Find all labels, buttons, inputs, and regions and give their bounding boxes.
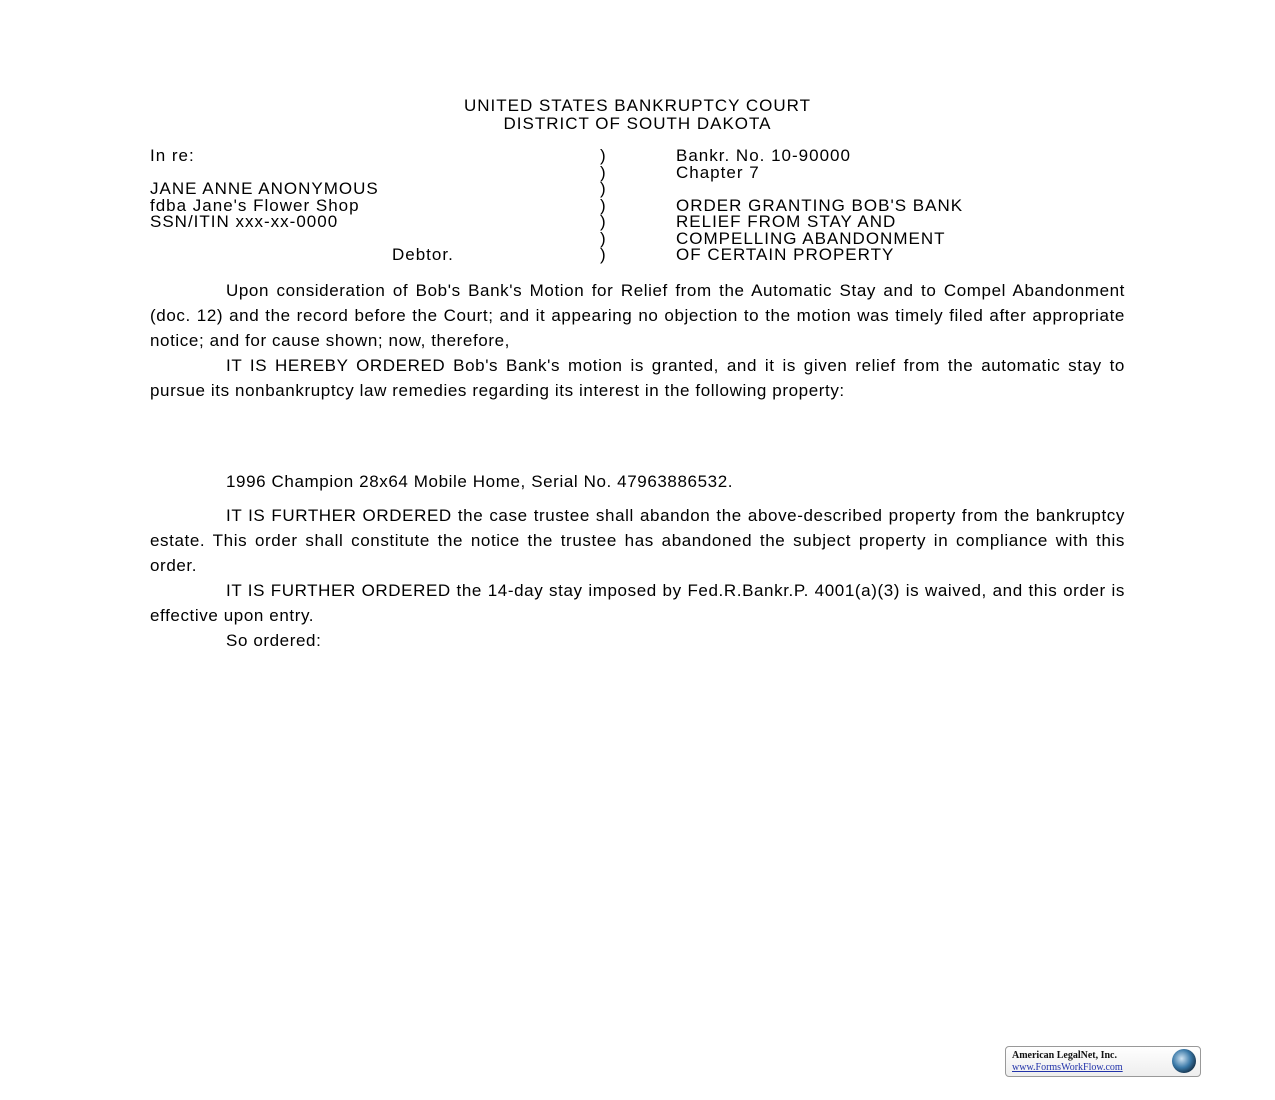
debtor-label: Debtor.: [392, 247, 454, 264]
closing: So ordered:: [150, 628, 1125, 653]
badge-url-link[interactable]: www.FormsWorkFlow.com: [1012, 1062, 1123, 1073]
badge-company: American LegalNet, Inc.: [1012, 1050, 1117, 1061]
property-description: 1996 Champion 28x64 Mobile Home, Serial …: [150, 469, 1125, 494]
order-paragraph-abandon: IT IS FURTHER ORDERED the case trustee s…: [150, 503, 1125, 578]
caption-divider: ): [600, 247, 606, 264]
court-name: UNITED STATES BANKRUPTCY COURT: [0, 97, 1275, 114]
order-body: Upon consideration of Bob's Bank's Motio…: [150, 278, 1125, 403]
waiver-text: IT IS FURTHER ORDERED the 14-day stay im…: [150, 581, 1125, 625]
recital-paragraph: Upon consideration of Bob's Bank's Motio…: [150, 278, 1125, 353]
order-paragraph-waiver-line1: IT IS FURTHER ORDERED the 14-day stay im…: [150, 578, 1125, 628]
in-re-label: In re:: [150, 148, 195, 165]
footer-badge[interactable]: American LegalNet, Inc. www.FormsWorkFlo…: [1005, 1046, 1201, 1077]
court-district: DISTRICT OF SOUTH DAKOTA: [0, 115, 1275, 132]
chapter: Chapter 7: [676, 165, 760, 182]
globe-logo-icon: [1172, 1049, 1196, 1073]
order-title-line: OF CERTAIN PROPERTY: [676, 247, 894, 264]
order-paragraph-relief: IT IS HEREBY ORDERED Bob's Bank's motion…: [150, 353, 1125, 403]
order-body-continued: IT IS FURTHER ORDERED the case trustee s…: [150, 503, 1125, 653]
debtor-ssn: SSN/ITIN xxx-xx-0000: [150, 214, 338, 231]
property-block: 1996 Champion 28x64 Mobile Home, Serial …: [150, 469, 1125, 494]
